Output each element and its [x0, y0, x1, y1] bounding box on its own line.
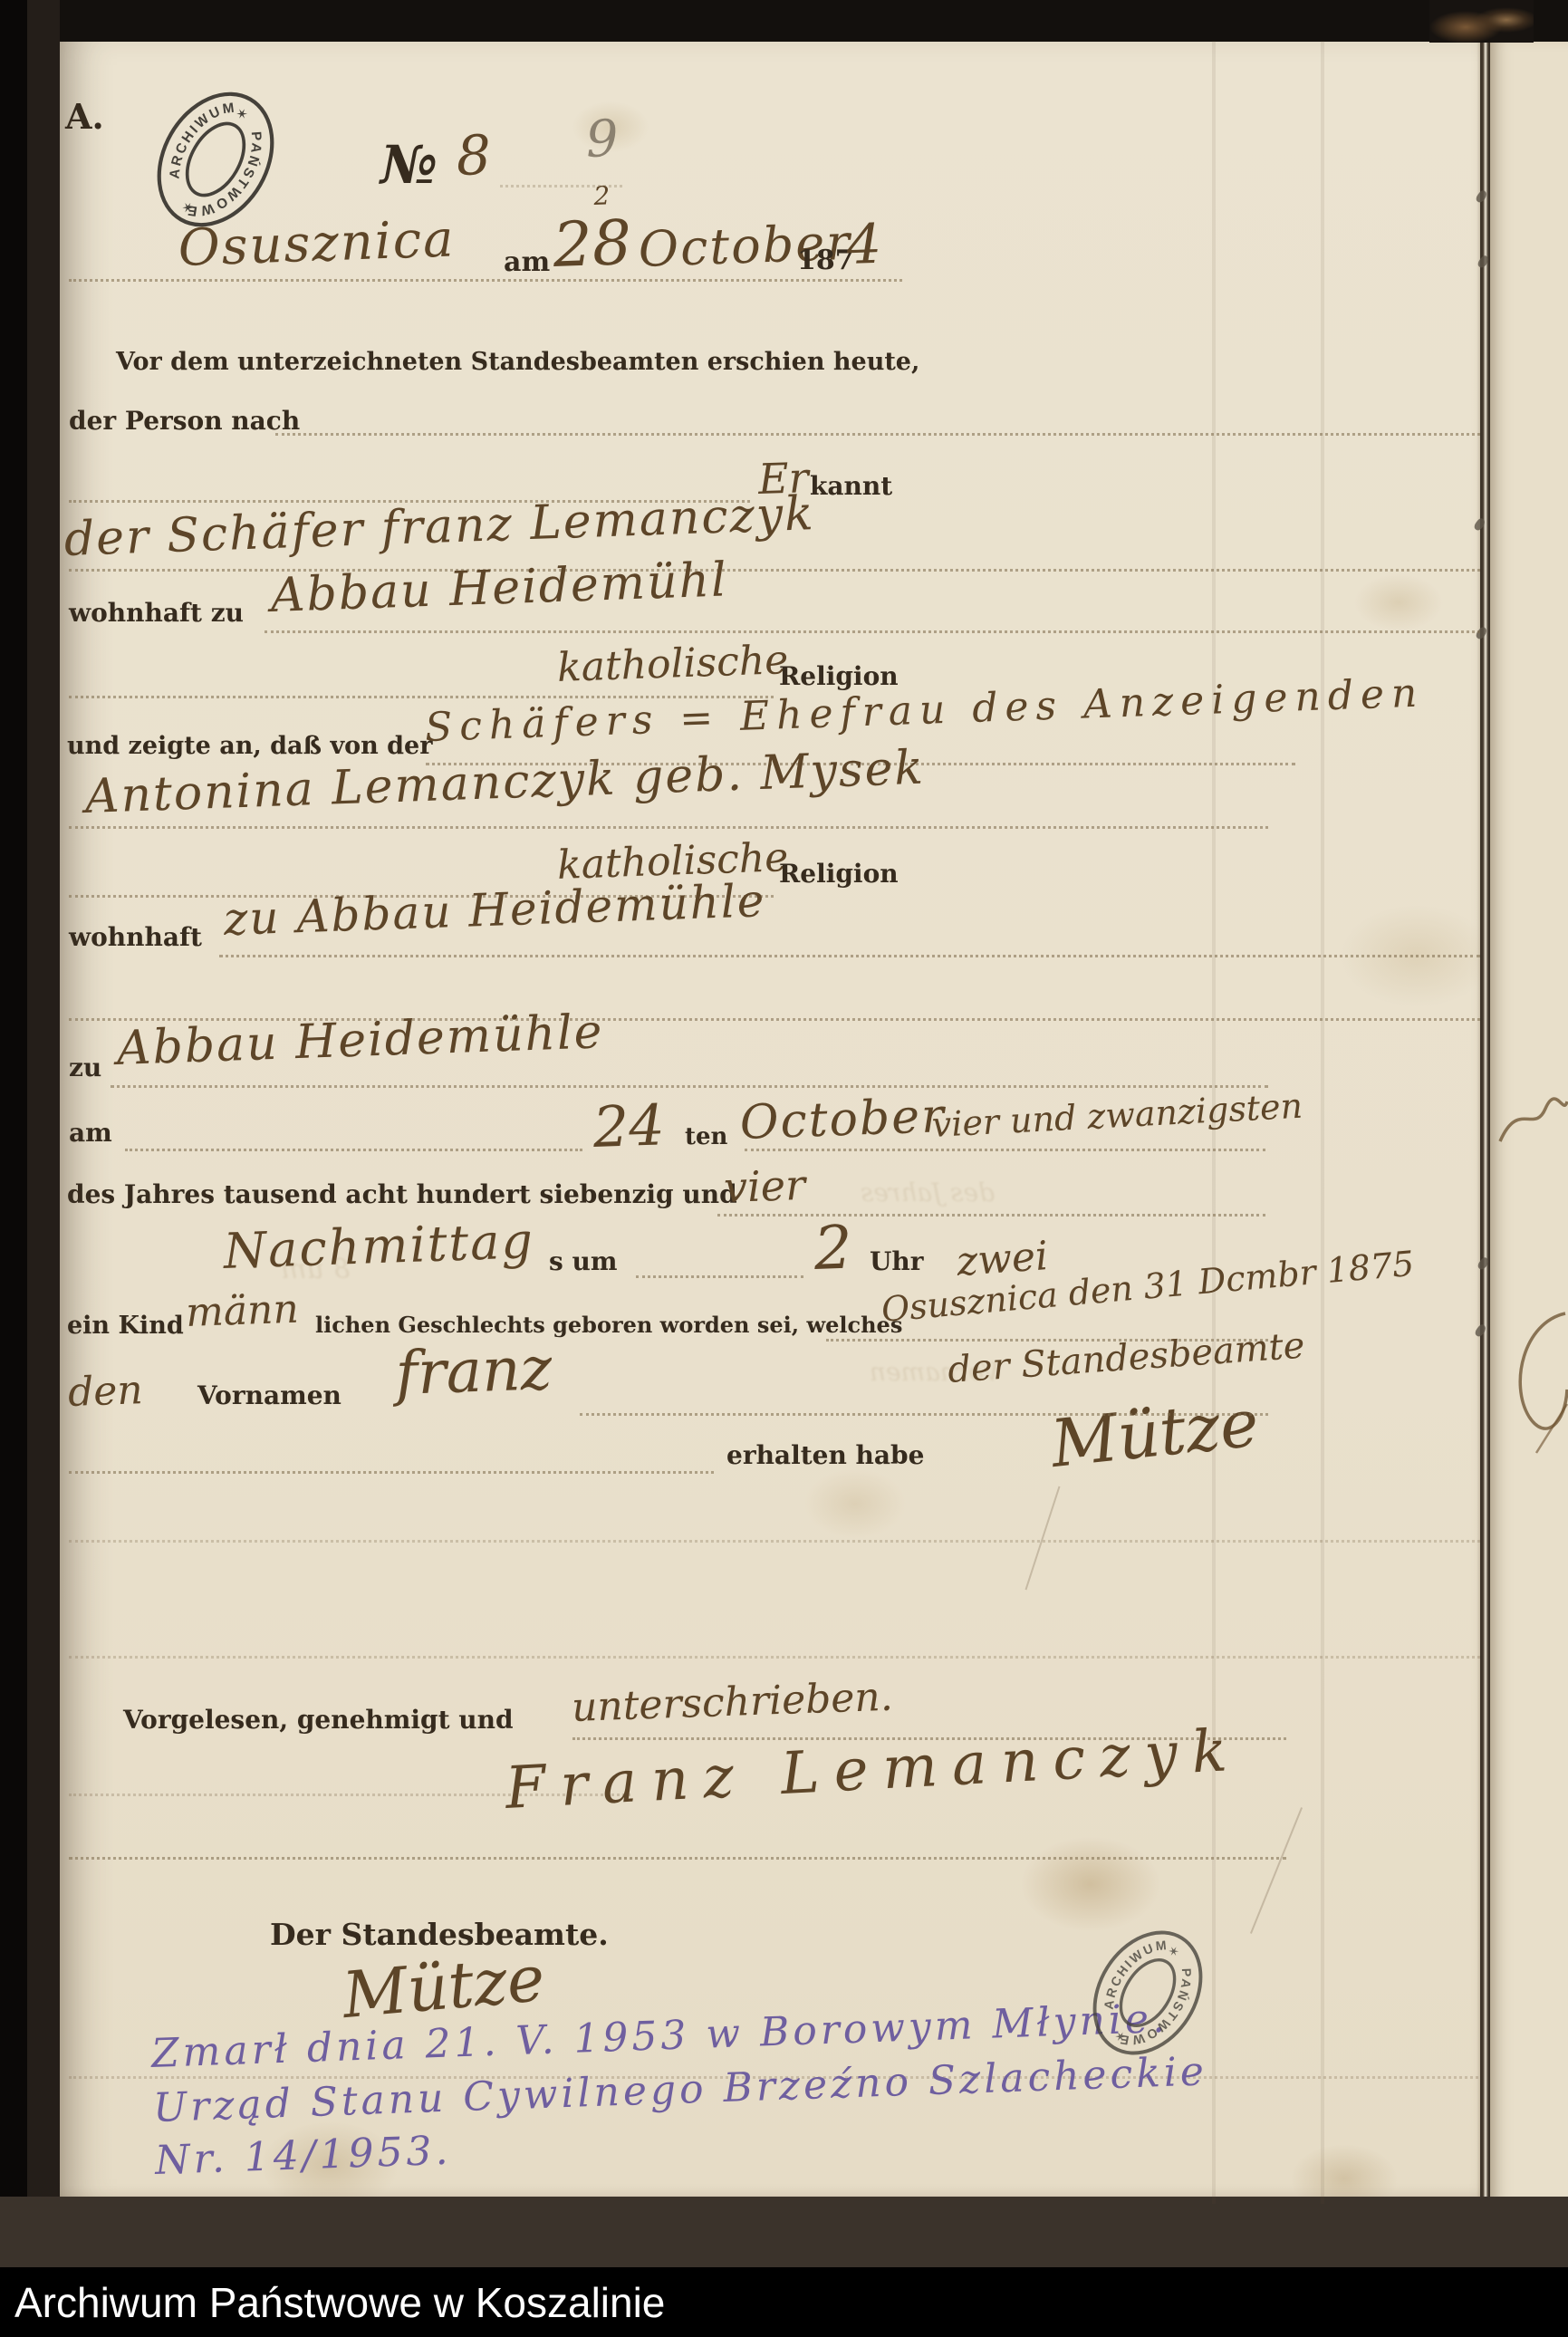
wohnhaft-zu-label: wohnhaft zu: [69, 598, 244, 628]
dotted-line: [69, 279, 902, 282]
religion-handwritten: katholische: [556, 637, 789, 691]
hour-handwritten: 2: [813, 1213, 853, 1284]
scan-background-bottom: [0, 2197, 1568, 2267]
wohnhaft-label: wohnhaft: [69, 922, 202, 952]
place-handwritten: Osusznica: [178, 209, 457, 278]
religion-label: Religion: [779, 661, 899, 691]
ten-label: ten: [685, 1123, 727, 1150]
marginalia-fragment: [1504, 1297, 1568, 1456]
pencil-number: 9: [585, 110, 620, 169]
dotted-line: [265, 630, 1480, 633]
scan-background-left-inner: [27, 0, 60, 2337]
dotted-line: [69, 1471, 714, 1474]
jahr-line: des Jahres tausend acht hundert siebenzi…: [67, 1179, 737, 1209]
dotted-line: [636, 1275, 803, 1278]
bleed-through-text: Vornamen: [870, 1357, 1000, 1387]
am-label: am: [69, 1118, 112, 1148]
bleed-through-text: des Jahres: [861, 1178, 995, 1207]
birth-month-handwritten: October: [739, 1089, 947, 1150]
day-flourish: 2: [593, 180, 611, 211]
binding-fragment: [1429, 0, 1534, 43]
printed-am: am: [504, 246, 550, 278]
zu-label: zu: [69, 1053, 101, 1082]
scan-background-top: [0, 0, 1568, 42]
person-nach-label: der Person nach: [69, 406, 300, 436]
firstname-handwritten: franz: [394, 1333, 553, 1409]
kind-label-b: lichen Geschlechts geboren worden sei, w…: [315, 1312, 902, 1338]
kind-label-a: ein Kind: [67, 1312, 184, 1340]
dotted-line: [69, 1656, 1480, 1659]
dotted-line: [275, 433, 1480, 436]
zeigte-line: und zeigte an, daß von der: [67, 732, 432, 760]
form-corner-letter: A.: [65, 96, 104, 137]
intro-line: Vor dem unterzeichneten Standesbeamten e…: [116, 348, 919, 376]
standesbeamte-label: Der Standesbeamte.: [270, 1917, 609, 1952]
dotted-line: [219, 955, 1480, 957]
dotted-line: [717, 1214, 1265, 1217]
archive-caption-text: Archiwum Państwowe w Koszalinie: [14, 2278, 665, 2327]
printed-year: 187: [797, 245, 854, 276]
gender-handwritten: männ: [185, 1286, 299, 1336]
vornamen-label: Vornamen: [197, 1380, 341, 1410]
s-um-label: s um: [549, 1246, 618, 1276]
binding-crease: [1477, 41, 1491, 2204]
marginalia-fragment: [1496, 1085, 1568, 1158]
year-word-handwritten: vier: [723, 1160, 806, 1212]
birth-day-handwritten: 24: [592, 1092, 665, 1160]
dotted-line: [745, 1149, 1265, 1151]
dotted-line: [111, 1085, 1268, 1088]
bleed-through-text: 8 um: [281, 1254, 350, 1285]
dotted-line: [69, 1540, 1480, 1543]
scanned-document: A. ARCHIWUM PAŃSTWOWE ✶ ✶ № 8 9 Osusznic…: [0, 0, 1568, 2337]
erhalten-label: erhalten habe: [726, 1440, 924, 1470]
den-handwritten: den: [67, 1367, 143, 1416]
day-handwritten: 28: [552, 207, 632, 282]
vorgelesen-line: Vorgelesen, genehmigt und: [123, 1705, 514, 1735]
daytime-handwritten: Nachmittag: [223, 1212, 535, 1280]
entry-number: 8: [456, 124, 493, 188]
dotted-line: [125, 1149, 582, 1151]
scan-background-left: [0, 0, 27, 2337]
kannt-label: kannt: [810, 471, 892, 501]
dotted-line: [69, 826, 1268, 829]
year-digit-handwritten: 4: [846, 213, 883, 277]
dotted-line: [580, 1413, 1268, 1416]
number-label: №: [380, 134, 438, 196]
religion-label: Religion: [779, 859, 899, 889]
archive-caption-bar: Archiwum Państwowe w Koszalinie: [0, 2267, 1568, 2337]
uhr-label: Uhr: [870, 1246, 924, 1276]
dotted-line: [69, 1857, 1286, 1860]
fold-line: [1321, 41, 1324, 2204]
